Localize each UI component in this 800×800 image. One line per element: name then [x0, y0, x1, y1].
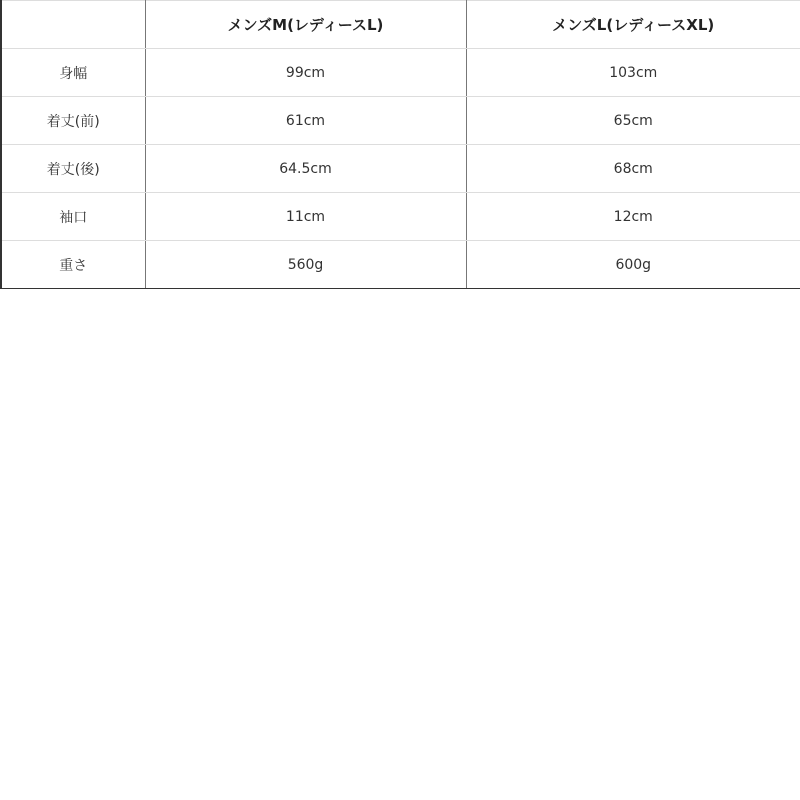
row-label: 重さ	[1, 241, 145, 289]
row-label: 着丈(後)	[1, 145, 145, 193]
value-size-l: 12cm	[466, 193, 800, 241]
table-row-chest-width: 身幅 99cm 103cm	[1, 49, 800, 97]
header-size-m: メンズM(レディースL)	[145, 1, 466, 49]
row-label: 身幅	[1, 49, 145, 97]
row-label: 袖口	[1, 193, 145, 241]
value-size-m: 61cm	[145, 97, 466, 145]
row-label: 着丈(前)	[1, 97, 145, 145]
value-size-m: 11cm	[145, 193, 466, 241]
header-row: メンズM(レディースL) メンズL(レディースXL)	[1, 1, 800, 49]
value-size-l: 103cm	[466, 49, 800, 97]
table-row-weight: 重さ 560g 600g	[1, 241, 800, 289]
table-row-back-length: 着丈(後) 64.5cm 68cm	[1, 145, 800, 193]
value-size-m: 99cm	[145, 49, 466, 97]
value-size-m: 560g	[145, 241, 466, 289]
table-row-cuff: 袖口 11cm 12cm	[1, 193, 800, 241]
value-size-m: 64.5cm	[145, 145, 466, 193]
table-row-front-length: 着丈(前) 61cm 65cm	[1, 97, 800, 145]
size-chart-table: メンズM(レディースL) メンズL(レディースXL) 身幅 99cm 103cm…	[0, 0, 800, 289]
value-size-l: 600g	[466, 241, 800, 289]
value-size-l: 65cm	[466, 97, 800, 145]
header-empty-cell	[1, 1, 145, 49]
value-size-l: 68cm	[466, 145, 800, 193]
header-size-l: メンズL(レディースXL)	[466, 1, 800, 49]
